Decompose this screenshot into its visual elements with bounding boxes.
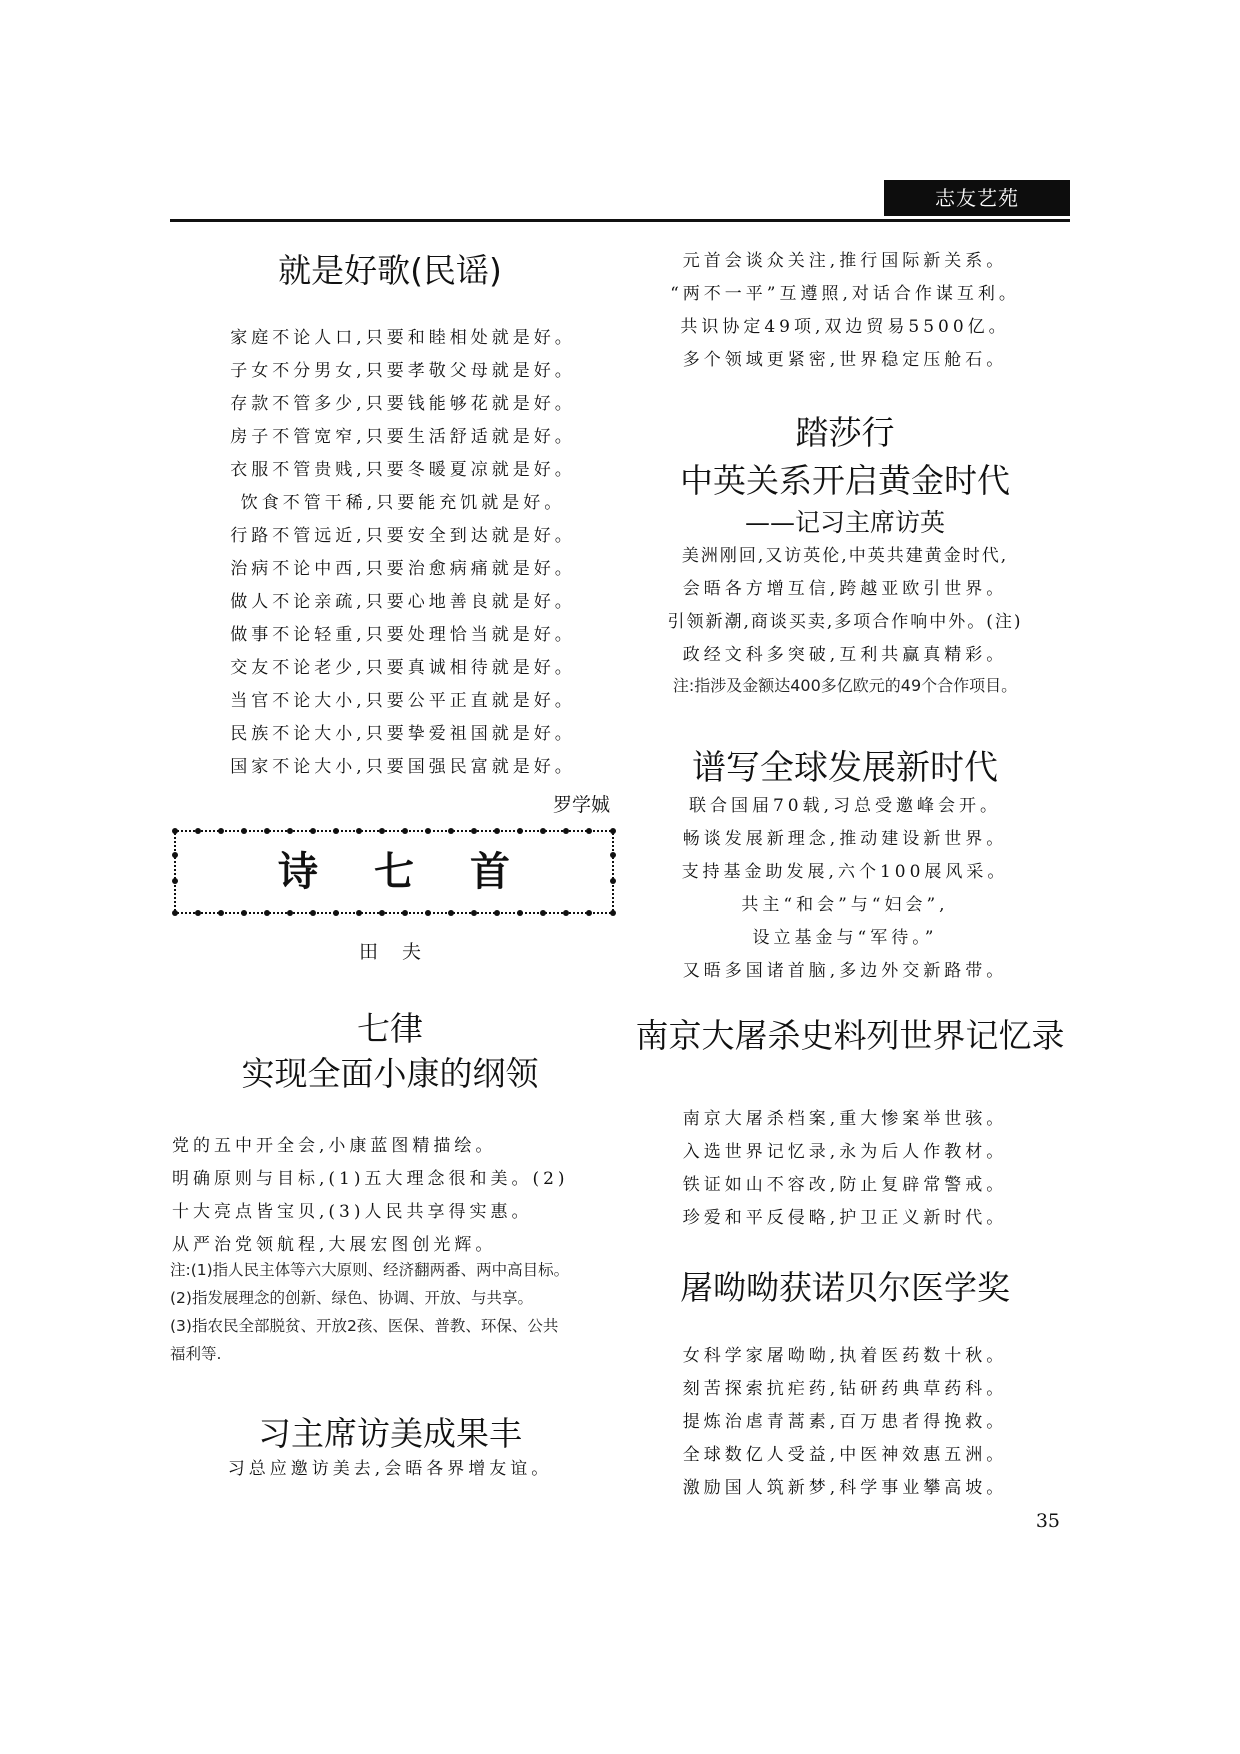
poem-line: 激励国人筑新梦,科学事业攀高坡。 (625, 1472, 1065, 1505)
poem4-title-line1: 踏莎行 (625, 407, 1065, 454)
poem5-title: 谱写全球发展新时代 (625, 740, 1065, 789)
poem-line: 饮食不管干稀,只要能充饥就是好。 (170, 487, 610, 520)
poem-line: 做人不论亲疏,只要心地善良就是好。 (170, 586, 610, 619)
poem-line: 联合国届70载,习总受邀峰会开。 (625, 790, 1065, 823)
poem5-body: 联合国届70载,习总受邀峰会开。 畅谈发展新理念,推动建设新世界。 支持基金助发… (625, 790, 1065, 988)
poem-line: 设立基金与“军待。” (625, 922, 1065, 955)
poem-line: 女科学家屠呦呦,执着医药数十秋。 (625, 1340, 1065, 1373)
poem-line: 共识协定49项,双边贸易5500亿。 (625, 311, 1065, 344)
poem-line: 子女不分男女,只要孝敬父母就是好。 (170, 355, 610, 388)
poem-line: 做事不论轻重,只要处理恰当就是好。 (170, 619, 610, 652)
section-tag: 志友艺苑 (884, 180, 1070, 216)
poem4-subtitle: ——记习主席访英 (625, 503, 1065, 539)
note-line: (2)指发展理念的创新、绿色、协调、开放、与共享。 (170, 1284, 610, 1312)
poem3-body-start: 习总应邀访美去,会晤各界增友谊。 (170, 1453, 610, 1486)
poem-line: 交友不论老少,只要真诚相待就是好。 (170, 652, 610, 685)
poem2-title-line1: 七律 (170, 1003, 610, 1050)
poem-line: 存款不管多少,只要钱能够花就是好。 (170, 388, 610, 421)
poem-line: 铁证如山不容改,防止复辟常警戒。 (625, 1169, 1065, 1202)
poem-line: “两不一平”互遵照,对话合作谋互利。 (625, 278, 1065, 311)
header-rule (170, 219, 1070, 222)
collection-author: 田夫 (170, 937, 610, 964)
poem-line: 畅谈发展新理念,推动建设新世界。 (625, 823, 1065, 856)
collection-title: 诗七首 (174, 830, 614, 914)
poem-line: 民族不论大小,只要挚爱祖国就是好。 (170, 718, 610, 751)
poem4-note: 注:指涉及金额达400多亿欧元的49个合作项目。 (625, 673, 1065, 696)
poem-line: 入选世界记忆录,永为后人作教材。 (625, 1136, 1065, 1169)
note-line: 福利等. (170, 1340, 610, 1368)
poem-line: 党的五中开全会,小康蓝图精描绘。 (172, 1130, 612, 1163)
page-number: 35 (990, 1510, 1060, 1532)
poem2-title-line2: 实现全面小康的纲领 (170, 1048, 610, 1095)
poem-line: 共主“和会”与“妇会”, (625, 889, 1065, 922)
poem-line: 衣服不管贵贱,只要冬暖夏凉就是好。 (170, 454, 610, 487)
poem-line: 支持基金助发展,六个100展风采。 (625, 856, 1065, 889)
poem1-title: 就是好歌(民谣) (170, 245, 610, 292)
poem7-body: 女科学家屠呦呦,执着医药数十秋。 刻苦探索抗疟药,钻研药典草药科。 提炼治虐青蒿… (625, 1340, 1065, 1505)
poem2-body: 党的五中开全会,小康蓝图精描绘。 明确原则与目标,(1)五大理念很和美。(2) … (172, 1130, 612, 1262)
poem-line: 引领新潮,商谈买卖,多项合作响中外。(注) (625, 606, 1065, 639)
poem-line: 多个领域更紧密,世界稳定压舱石。 (625, 344, 1065, 377)
poem1-body: 家庭不论人口,只要和睦相处就是好。 子女不分男女,只要孝敬父母就是好。 存款不管… (170, 322, 610, 784)
poem-line: 明确原则与目标,(1)五大理念很和美。(2) (172, 1163, 612, 1196)
poem4-body: 美洲刚回,又访英伦,中英共建黄金时代, 会晤各方增互信,跨越亚欧引世界。 引领新… (625, 540, 1065, 672)
poem-line: 美洲刚回,又访英伦,中英共建黄金时代, (625, 540, 1065, 573)
poem3-title: 习主席访美成果丰 (170, 1408, 610, 1455)
poem2-notes: 注:(1)指人民主体等六大原则、经济翻两番、两中高目标。 (2)指发展理念的创新… (170, 1256, 610, 1368)
poem-line: 房子不管宽窄,只要生活舒适就是好。 (170, 421, 610, 454)
poem-line: 习总应邀访美去,会晤各界增友谊。 (170, 1453, 610, 1486)
poem4-title-line2: 中英关系开启黄金时代 (625, 455, 1065, 502)
poem-line: 刻苦探索抗疟药,钻研药典草药科。 (625, 1373, 1065, 1406)
poem-line: 十大亮点皆宝贝,(3)人民共享得实惠。 (172, 1196, 612, 1229)
poem-line: 国家不论大小,只要国强民富就是好。 (170, 751, 610, 784)
poem-line: 全球数亿人受益,中医神效惠五洲。 (625, 1439, 1065, 1472)
poem-line: 当官不论大小,只要公平正直就是好。 (170, 685, 610, 718)
poem1-author: 罗学娍 (420, 790, 610, 817)
poem6-body: 南京大屠杀档案,重大惨案举世骇。 入选世界记忆录,永为后人作教材。 铁证如山不容… (625, 1103, 1065, 1235)
poem6-title: 南京大屠杀史料列世界记忆录 (625, 1010, 1075, 1057)
poem-line: 会晤各方增互信,跨越亚欧引世界。 (625, 573, 1065, 606)
poem-line: 政经文科多突破,互利共赢真精彩。 (625, 639, 1065, 672)
note-line: 注:(1)指人民主体等六大原则、经济翻两番、两中高目标。 (170, 1256, 610, 1284)
note-line: (3)指农民全部脱贫、开放2孩、医保、普教、环保、公共 (170, 1312, 610, 1340)
poem-line: 行路不管远近,只要安全到达就是好。 (170, 520, 610, 553)
poem7-title: 屠呦呦获诺贝尔医学奖 (625, 1262, 1065, 1309)
poem-line: 提炼治虐青蒿素,百万患者得挽救。 (625, 1406, 1065, 1439)
poem3-body-continued: 元首会谈众关注,推行国际新关系。 “两不一平”互遵照,对话合作谋互利。 共识协定… (625, 245, 1065, 377)
poem-line: 又晤多国诸首脑,多边外交新路带。 (625, 955, 1065, 988)
poem-line: 南京大屠杀档案,重大惨案举世骇。 (625, 1103, 1065, 1136)
poem-line: 治病不论中西,只要治愈病痛就是好。 (170, 553, 610, 586)
poem-line: 家庭不论人口,只要和睦相处就是好。 (170, 322, 610, 355)
poem-line: 元首会谈众关注,推行国际新关系。 (625, 245, 1065, 278)
poem-line: 珍爱和平反侵略,护卫正义新时代。 (625, 1202, 1065, 1235)
